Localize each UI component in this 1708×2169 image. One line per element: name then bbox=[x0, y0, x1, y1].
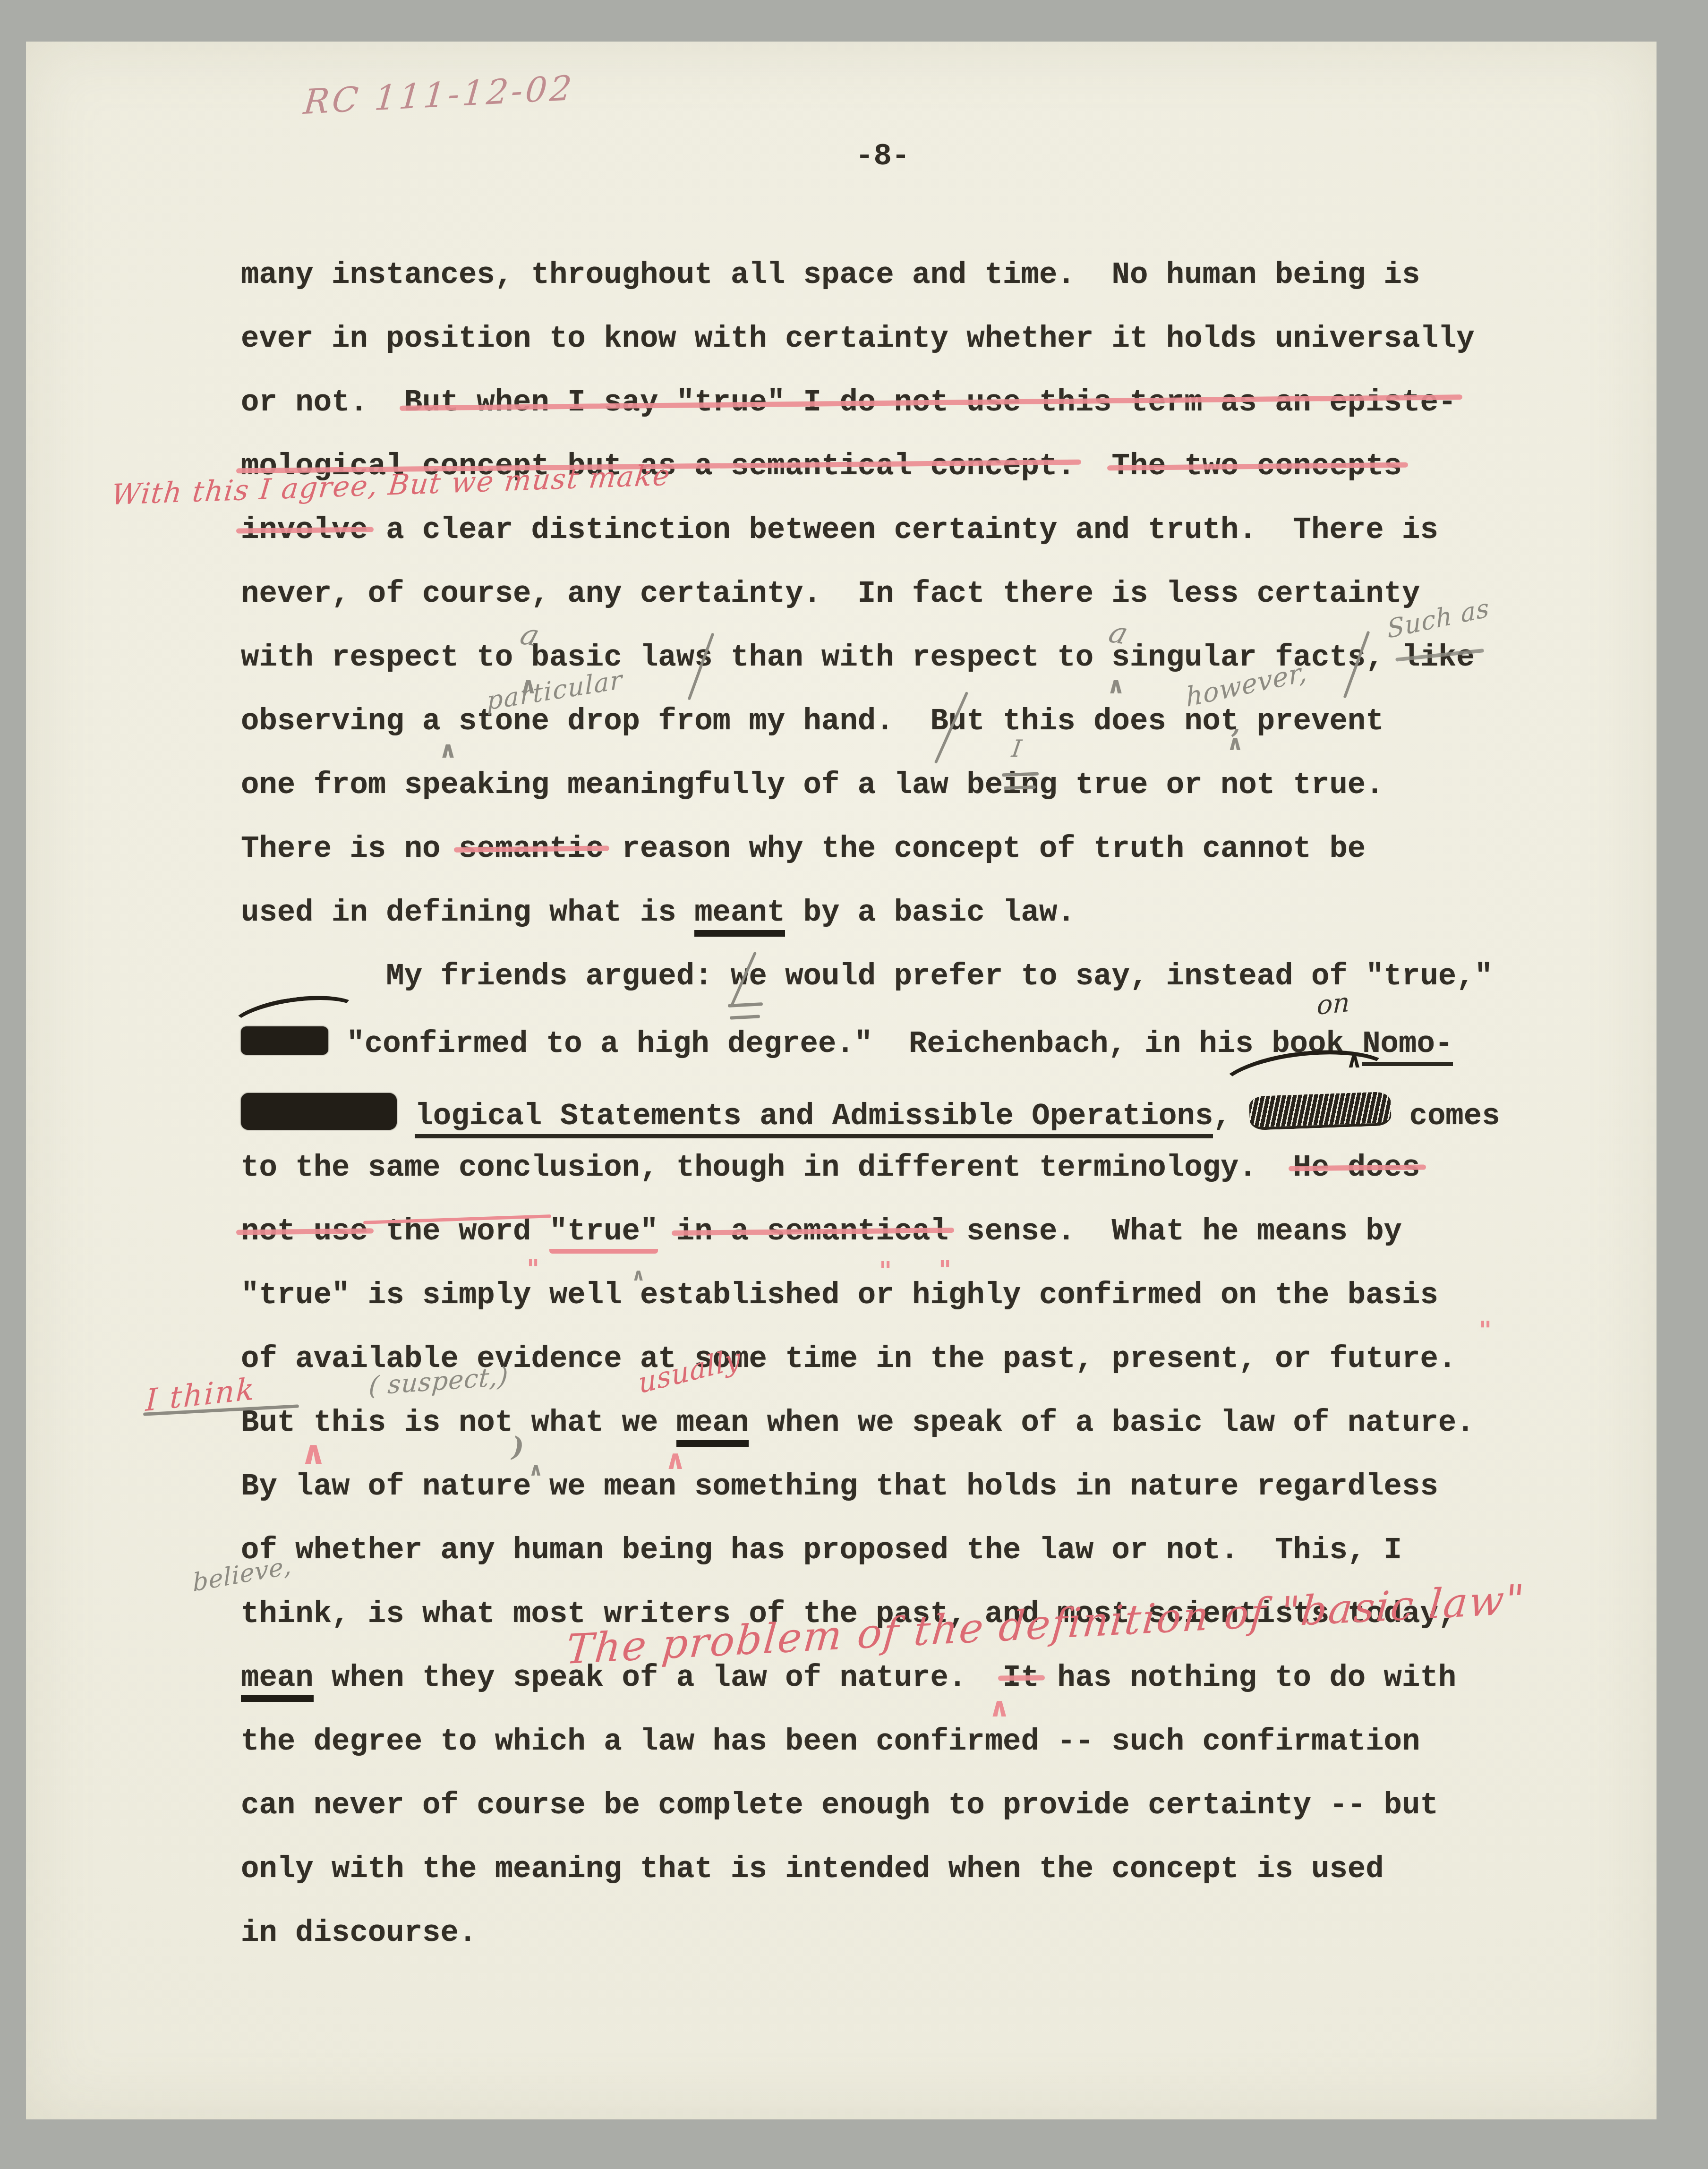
manuscript-page: -8- many instances, throughout all space… bbox=[26, 42, 1657, 2119]
underlined-text: mean bbox=[676, 1406, 749, 1447]
quote-mark: " bbox=[879, 1256, 892, 1285]
typed-text: has nothing to do with bbox=[1039, 1661, 1456, 1695]
typed-line-25: can never of course be complete enough t… bbox=[241, 1789, 1438, 1853]
typed-text: ever in position to know with certainty … bbox=[241, 322, 1475, 356]
typed-text: in discourse. bbox=[241, 1916, 477, 1950]
quote-mark: " bbox=[939, 1255, 951, 1284]
typed-text: reason why the concept of truth cannot b… bbox=[604, 832, 1366, 866]
typed-text: observing a stone drop from my hand. But… bbox=[241, 705, 1384, 739]
typed-line-6: never, of course, any certainty. In fact… bbox=[241, 577, 1420, 641]
typed-text: or not. bbox=[241, 386, 404, 420]
comma-mark: , bbox=[1231, 709, 1240, 739]
typed-line-21: of whether any human being has proposed … bbox=[241, 1534, 1402, 1597]
typed-line-20: By law of nature we mean something that … bbox=[241, 1470, 1438, 1534]
typed-text: There is no bbox=[241, 832, 459, 866]
typed-text: one from speaking meaningfully of a law … bbox=[241, 769, 1384, 803]
quote-mark: " bbox=[1479, 1316, 1492, 1345]
typed-line-26: only with the meaning that is intended w… bbox=[241, 1853, 1384, 1916]
typed-line-27: in discourse. bbox=[241, 1916, 477, 1980]
typed-line-15: to the same conclusion, though in differ… bbox=[241, 1151, 1420, 1215]
red-struck-text: involve bbox=[241, 513, 368, 547]
typed-text: can never of course be complete enough t… bbox=[241, 1789, 1438, 1823]
red-struck-text: not use bbox=[241, 1215, 368, 1249]
caret-mark: ∧ bbox=[300, 1433, 327, 1472]
typed-line-11: used in defining what is meant by a basi… bbox=[241, 896, 1076, 960]
underlined-text: mean bbox=[241, 1661, 314, 1702]
red-struck-text: He does bbox=[1293, 1151, 1420, 1185]
typed-text bbox=[1076, 450, 1112, 484]
red-struck-text: The two concepts bbox=[1112, 450, 1402, 484]
typed-text: of whether any human being has proposed … bbox=[241, 1534, 1402, 1568]
typed-line-17: "true" is simply well established or hig… bbox=[241, 1279, 1438, 1342]
red-struck-text: But when I say "true" I do not use this … bbox=[404, 386, 1457, 420]
typed-text: "confirmed to a high degree." Reichenbac… bbox=[328, 1027, 1362, 1061]
typed-text bbox=[397, 1100, 415, 1134]
underlined-text: meant bbox=[694, 896, 785, 937]
typed-text: with respect to basic laws than with res… bbox=[241, 641, 1402, 675]
red-struck-text: It bbox=[1003, 1661, 1039, 1695]
typed-line-12: My friends argued: we would prefer to sa… bbox=[241, 960, 1493, 1024]
typed-text: a clear distinction between certainty an… bbox=[368, 513, 1438, 547]
quote-mark: " bbox=[527, 1255, 539, 1283]
typed-line-1: many instances, throughout all space and… bbox=[241, 258, 1420, 322]
caret-mark: ∧ bbox=[632, 1265, 645, 1285]
caret-mark: ∧ bbox=[439, 737, 457, 763]
catalog-number: RC 111-12-02 bbox=[302, 71, 576, 119]
typed-line-23: mean when they speak of a law of nature.… bbox=[241, 1661, 1456, 1725]
typed-line-19: But this is not what we mean when we spe… bbox=[241, 1406, 1475, 1470]
page-number: -8- bbox=[855, 140, 910, 174]
underlined-text: logical Statements and Admissible Operat… bbox=[415, 1100, 1213, 1138]
pencil-struck-text: like bbox=[1402, 641, 1475, 675]
typed-line-5: involve a clear distinction between cert… bbox=[241, 513, 1438, 577]
red-struck-text: semantic bbox=[459, 832, 604, 866]
typed-text: comes bbox=[1391, 1100, 1500, 1134]
scanned-document: -8- many instances, throughout all space… bbox=[0, 0, 1708, 2169]
typed-text: to the same conclusion, though in differ… bbox=[241, 1151, 1293, 1185]
typed-line-9: one from speaking meaningfully of a law … bbox=[241, 769, 1384, 832]
typed-text: My friends argued: we would prefer to sa… bbox=[241, 960, 1493, 994]
typed-line-8: observing a stone drop from my hand. But… bbox=[241, 705, 1384, 769]
typed-line-10: There is no semantic reason why the conc… bbox=[241, 832, 1366, 896]
typed-text: only with the meaning that is intended w… bbox=[241, 1853, 1384, 1887]
typed-text: "true" is simply well established or hig… bbox=[241, 1279, 1438, 1313]
typed-text: when we speak of a basic law of nature. bbox=[749, 1406, 1474, 1440]
typed-line-3: or not. But when I say "true" I do not u… bbox=[241, 386, 1456, 450]
typed-text: By law of nature we mean something that … bbox=[241, 1470, 1438, 1504]
caret-mark: ∧ bbox=[529, 1459, 543, 1480]
typed-text: by a basic law. bbox=[785, 896, 1076, 930]
typed-line-16: not use the word "true" in a semantical … bbox=[241, 1215, 1402, 1279]
typed-text: the degree to which a law has been confi… bbox=[241, 1725, 1420, 1759]
ink-blackout bbox=[241, 1093, 397, 1130]
typed-line-2: ever in position to know with certainty … bbox=[241, 322, 1475, 386]
paren-mark: ) bbox=[512, 1431, 524, 1462]
red-struck-text: in a semantical bbox=[676, 1215, 948, 1249]
caret-mark: ∧ bbox=[1107, 673, 1125, 699]
caret-mark: ∧ bbox=[989, 1692, 1010, 1723]
typed-text: never, of course, any certainty. In fact… bbox=[241, 577, 1420, 611]
typed-line-24: the degree to which a law has been confi… bbox=[241, 1725, 1420, 1789]
red-circled-text: "true" bbox=[549, 1215, 658, 1254]
typed-text: sense. What he means by bbox=[948, 1215, 1402, 1249]
caret-mark: ∧ bbox=[665, 1444, 686, 1476]
typed-text: used in defining what is bbox=[241, 896, 694, 930]
insert-on: on bbox=[1316, 989, 1350, 1019]
typed-text: many instances, throughout all space and… bbox=[241, 258, 1420, 292]
